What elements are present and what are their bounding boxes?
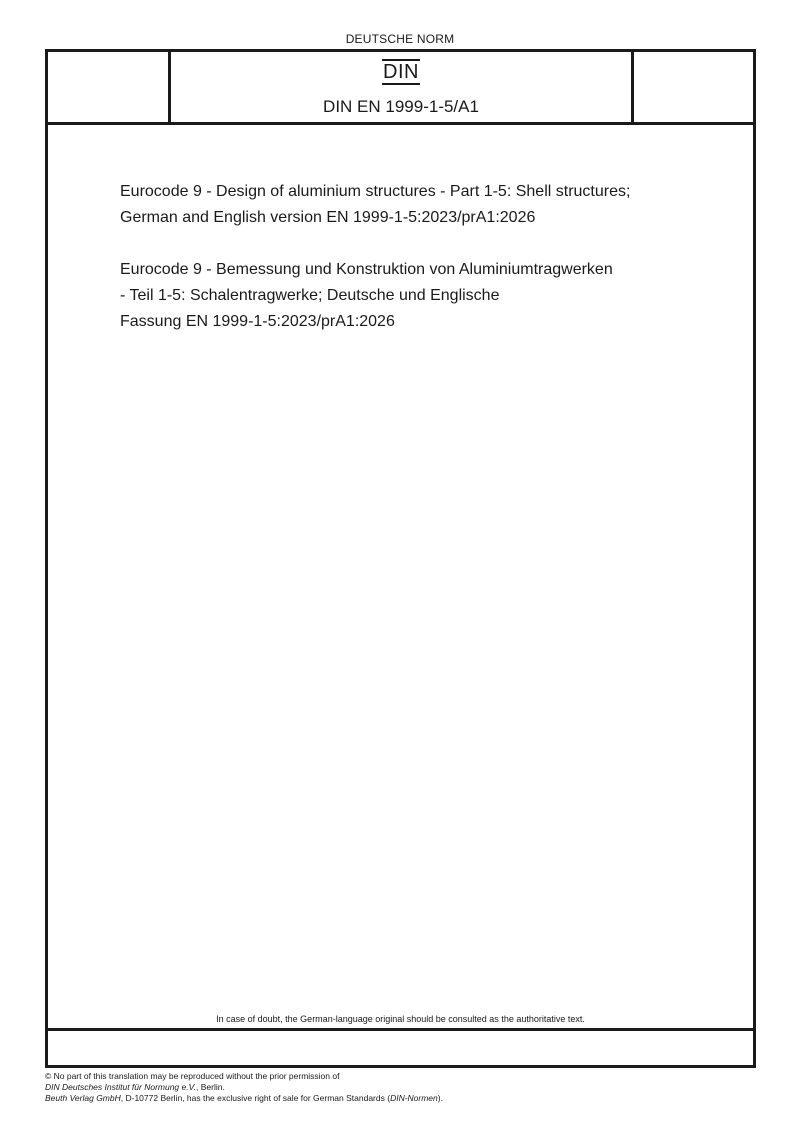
header-cell-left <box>48 52 171 122</box>
english-title: Eurocode 9 - Design of aluminium structu… <box>120 179 630 231</box>
footer-box <box>45 1028 756 1068</box>
deutsche-norm-label: DEUTSCHE NORM <box>0 32 800 46</box>
german-title-line: Eurocode 9 - Bemessung und Konstruktion … <box>120 257 613 283</box>
copyright-line-3: Beuth Verlag GmbH, D-10772 Berlin, has t… <box>45 1093 443 1104</box>
title-page-body: Eurocode 9 - Design of aluminium structu… <box>45 122 756 1031</box>
german-title-line: - Teil 1-5: Schalentragwerke; Deutsche u… <box>120 283 613 309</box>
document-number: DIN EN 1999-1-5/A1 <box>323 97 479 117</box>
authoritative-text-note: In case of doubt, the German-language or… <box>48 1014 753 1024</box>
header-cell-center: DIN DIN EN 1999-1-5/A1 <box>171 52 634 122</box>
publisher-name: Beuth Verlag GmbH <box>45 1093 121 1103</box>
english-title-line: Eurocode 9 - Design of aluminium structu… <box>120 179 630 205</box>
copyright-line-2: DIN Deutsches Institut für Normung e.V.,… <box>45 1082 443 1093</box>
din-logo: DIN <box>382 59 420 85</box>
din-institute-name: DIN Deutsches Institut für Normung e.V. <box>45 1082 196 1092</box>
din-normen: DIN-Normen <box>390 1093 438 1103</box>
copyright-line-2-rest: , Berlin. <box>196 1082 225 1092</box>
copyright-line-1: © No part of this translation may be rep… <box>45 1071 443 1082</box>
copyright-notice: © No part of this translation may be rep… <box>45 1071 443 1104</box>
header-box: DIN DIN EN 1999-1-5/A1 <box>45 49 756 125</box>
copyright-line-3-mid: , D-10772 Berlin, has the exclusive righ… <box>121 1093 390 1103</box>
german-title-line: Fassung EN 1999-1-5:2023/prA1:2026 <box>120 309 613 335</box>
copyright-line-3-end: ). <box>438 1093 443 1103</box>
header-cell-right <box>634 52 753 122</box>
german-title: Eurocode 9 - Bemessung und Konstruktion … <box>120 257 613 335</box>
english-title-line: German and English version EN 1999-1-5:2… <box>120 205 630 231</box>
